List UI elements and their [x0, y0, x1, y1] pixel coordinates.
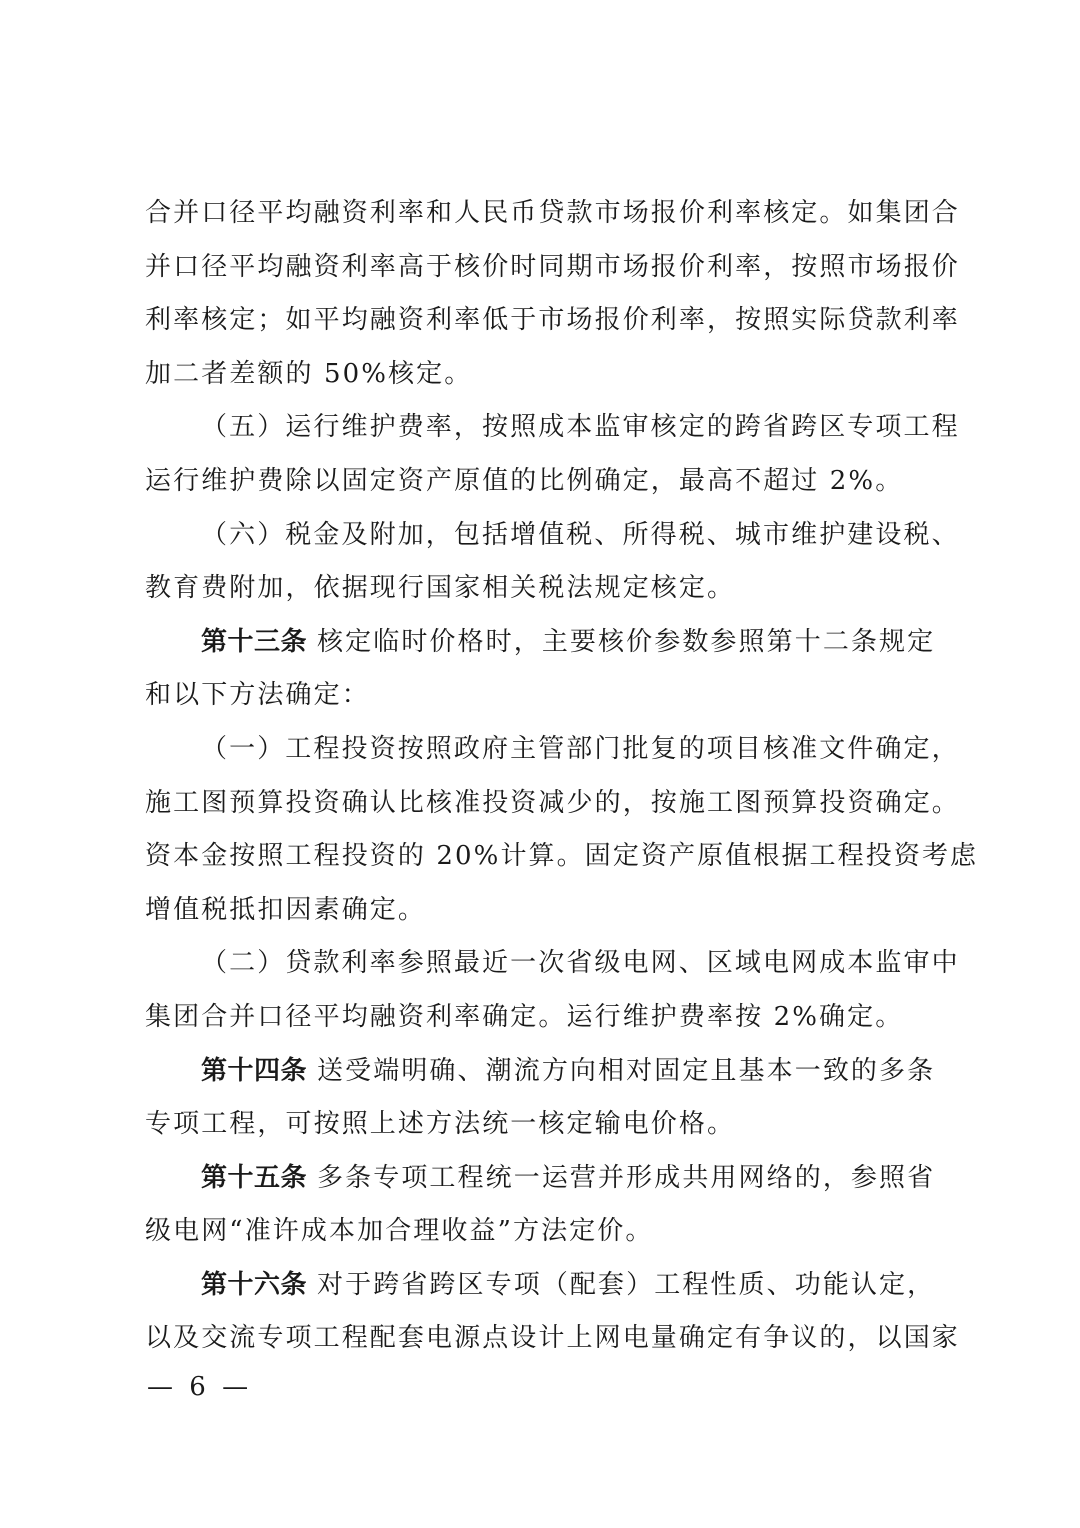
item-one-line: 增值税抵扣因素确定。 — [145, 884, 935, 938]
article-16-heading: 第十六条 — [201, 1270, 307, 1300]
article-14-first-line: 第十四条送受端明确、潮流方向相对固定且基本一致的多条 — [145, 1045, 935, 1099]
document-page: 合并口径平均融资利率和人民币贷款市场报价利率核定。如集团合 并口径平均融资利率高… — [0, 0, 1080, 1528]
document-body: 合并口径平均融资利率和人民币贷款市场报价利率核定。如集团合 并口径平均融资利率高… — [145, 187, 935, 1366]
article-16-line: 以及交流专项工程配套电源点设计上网电量确定有争议的，以国家 — [145, 1312, 935, 1366]
article-16-first-line: 第十六条对于跨省跨区专项（配套）工程性质、功能认定， — [145, 1259, 935, 1313]
article-13-first-line: 第十三条核定临时价格时，主要核价参数参照第十二条规定 — [145, 616, 935, 670]
article-16-text: 对于跨省跨区专项（配套）工程性质、功能认定， — [317, 1270, 935, 1300]
paragraph-line: 利率核定；如平均融资利率低于市场报价利率，按照实际贷款利率 — [145, 294, 935, 348]
paragraph-line: 并口径平均融资利率高于核价时同期市场报价利率，按照市场报价 — [145, 241, 935, 295]
article-13-text: 核定临时价格时，主要核价参数参照第十二条规定 — [317, 627, 935, 657]
paragraph-line: 合并口径平均融资利率和人民币贷款市场报价利率核定。如集团合 — [145, 187, 935, 241]
item-one-line: 施工图预算投资确认比核准投资减少的，按施工图预算投资确定。 — [145, 777, 935, 831]
article-13-line: 和以下方法确定： — [145, 669, 935, 723]
article-14-text: 送受端明确、潮流方向相对固定且基本一致的多条 — [317, 1056, 935, 1086]
item-six-line: （六）税金及附加，包括增值税、所得税、城市维护建设税、 — [145, 509, 935, 563]
article-15-heading: 第十五条 — [201, 1163, 307, 1193]
item-two-line: 集团合并口径平均融资利率确定。运行维护费率按 2%确定。 — [145, 991, 935, 1045]
article-15-line: 级电网“准许成本加合理收益”方法定价。 — [145, 1205, 935, 1259]
item-one-line: （一）工程投资按照政府主管部门批复的项目核准文件确定， — [145, 723, 935, 777]
item-two-line: （二）贷款利率参照最近一次省级电网、区域电网成本监审中 — [145, 937, 935, 991]
article-15-text: 多条专项工程统一运营并形成共用网络的，参照省 — [317, 1163, 935, 1193]
article-14-heading: 第十四条 — [201, 1056, 307, 1086]
item-six-line: 教育费附加，依据现行国家相关税法规定核定。 — [145, 562, 935, 616]
paragraph-line: 加二者差额的 50%核定。 — [145, 348, 935, 402]
page-number: — 6 — — [147, 1367, 252, 1407]
item-one-line: 资本金按照工程投资的 20%计算。固定资产原值根据工程投资考虑 — [145, 830, 935, 884]
item-five-line: （五）运行维护费率，按照成本监审核定的跨省跨区专项工程 — [145, 401, 935, 455]
article-13-heading: 第十三条 — [201, 627, 307, 657]
article-15-first-line: 第十五条多条专项工程统一运营并形成共用网络的，参照省 — [145, 1152, 935, 1206]
item-five-line: 运行维护费除以固定资产原值的比例确定，最高不超过 2%。 — [145, 455, 935, 509]
article-14-line: 专项工程，可按照上述方法统一核定输电价格。 — [145, 1098, 935, 1152]
